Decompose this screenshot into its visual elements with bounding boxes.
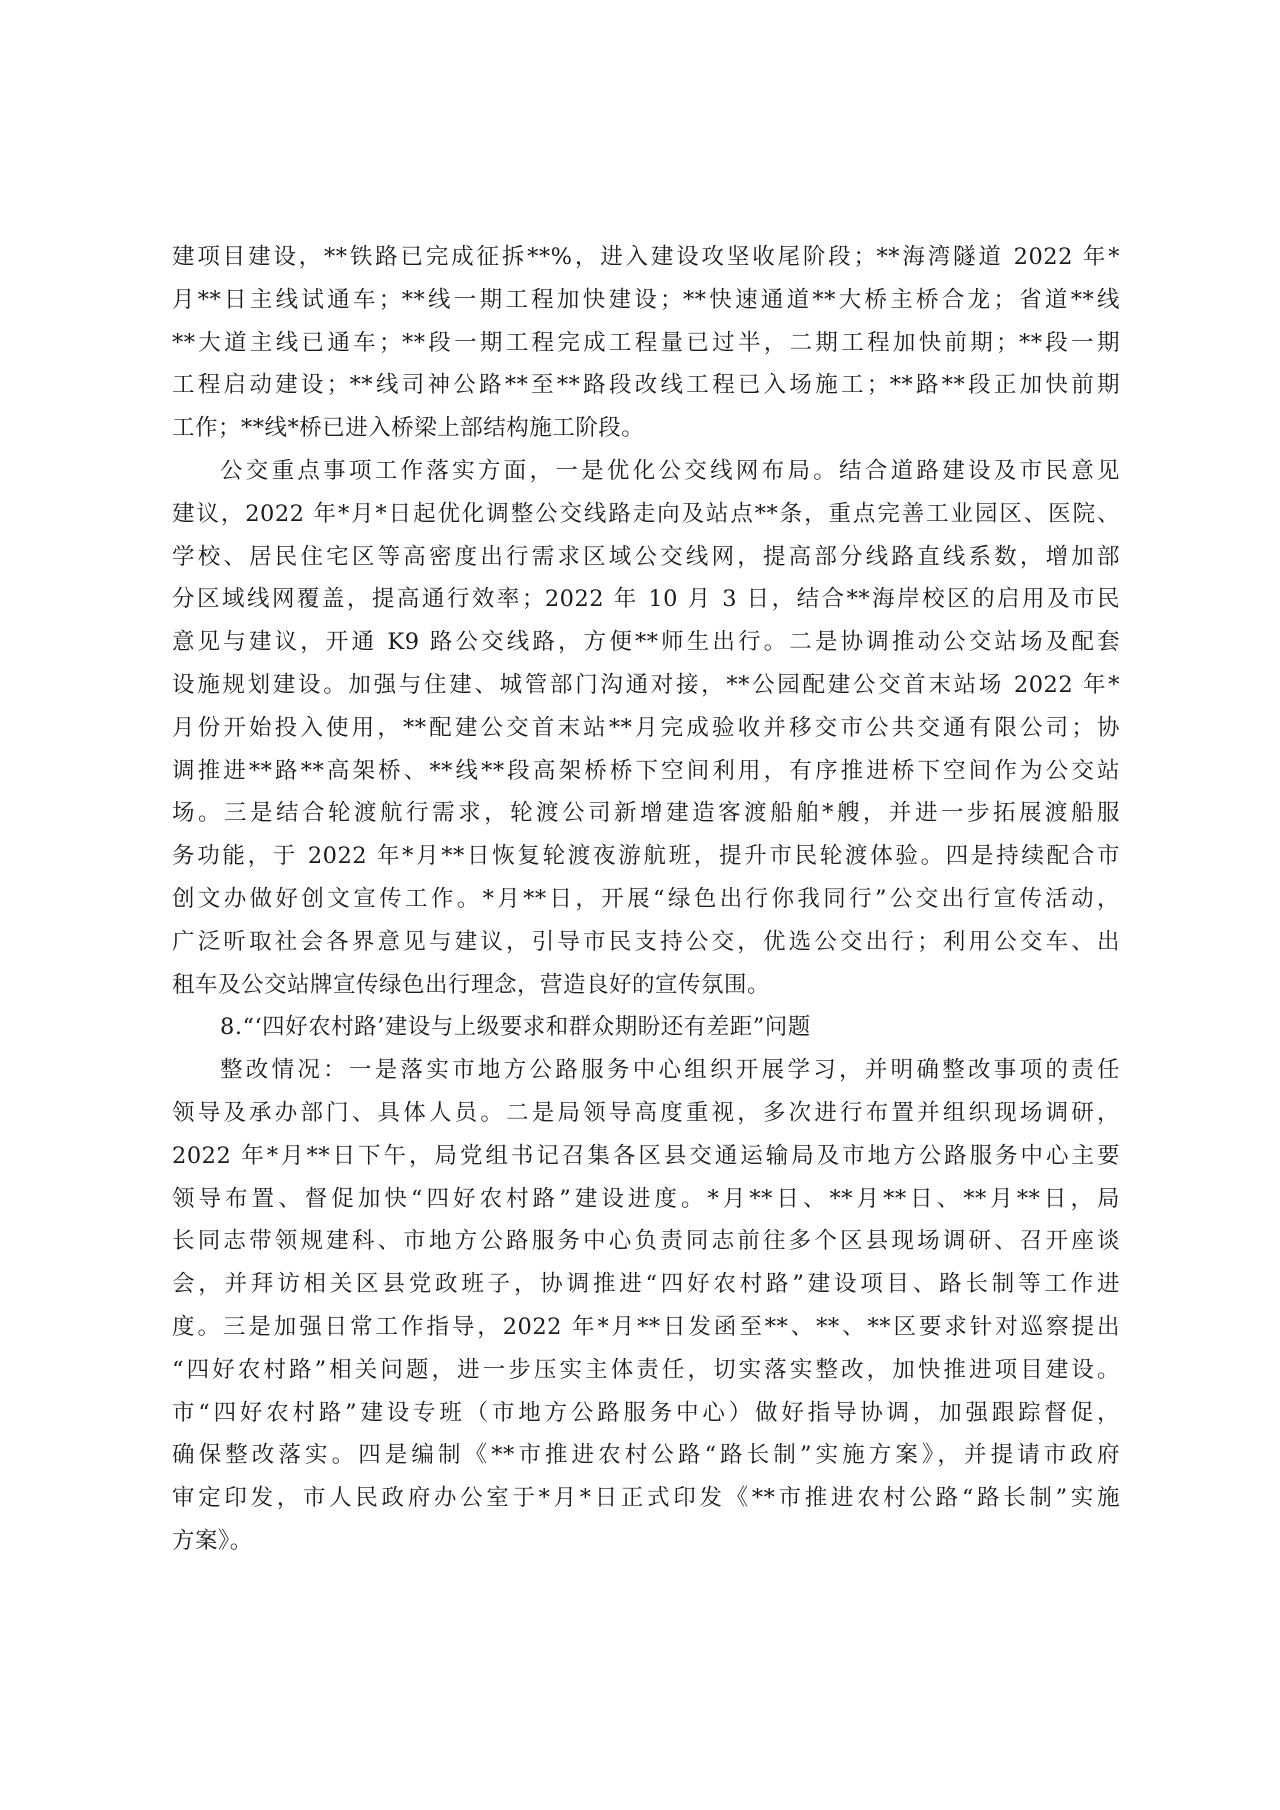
text-line: 创文办做好创文宣传工作。*月**日，开展“绿色出行你我同行”公交出行宣传活动，	[172, 878, 1120, 921]
text-line: 务功能，于 2022 年*月**日恢复轮渡夜游航班，提升市民轮渡体验。四是持续配…	[172, 835, 1120, 878]
text-line: 方案》。	[172, 1520, 1120, 1563]
text-line: 公交重点事项工作落实方面，一是优化公交线网布局。结合道路建设及市民意见	[172, 450, 1120, 493]
text-line: 确保整改落实。四是编制《**市推进农村公路“路长制”实施方案》，并提请市政府	[172, 1434, 1120, 1477]
text-line: 广泛听取社会各界意见与建议，引导市民支持公交，优选公交出行；利用公交车、出	[172, 921, 1120, 964]
text-line: 调推进**路**高架桥、**线**段高架桥桥下空间利用，有序推进桥下空间作为公交…	[172, 750, 1120, 793]
text-line: 会，并拜访相关区县党政班子，协调推进“四好农村路”建设项目、路长制等工作进	[172, 1263, 1120, 1306]
text-line: 长同志带领规建科、市地方公路服务中心负责同志前往多个区县现场调研、召开座谈	[172, 1220, 1120, 1263]
paragraph-rectification: 整改情况：一是落实市地方公路服务中心组织开展学习，并明确整改事项的责任 领导及承…	[172, 1049, 1122, 1563]
text-line: 意见与建议，开通 K9 路公交线路，方便**师生出行。二是协调推动公交站场及配套	[172, 621, 1120, 664]
text-line: 分区域线网覆盖，提高通行效率；2022 年 10 月 3 日，结合**海岸校区的…	[172, 578, 1120, 621]
paragraph-bus-items: 公交重点事项工作落实方面，一是优化公交线网布局。结合道路建设及市民意见 建议，2…	[172, 450, 1122, 1006]
heading-text: 8.“‘四好农村路’建设与上级要求和群众期盼还有差距”问题	[172, 1006, 1120, 1049]
text-line: “四好农村路”相关问题，进一步压实主体责任，切实落实整改，加快推进项目建设。	[172, 1349, 1120, 1392]
text-line: 月**日主线试通车；**线一期工程加快建设；**快速通道**大桥主桥合龙；省道*…	[172, 279, 1120, 322]
text-line: 建项目建设，**铁路已完成征拆**%，进入建设攻坚收尾阶段；**海湾隧道 202…	[172, 236, 1120, 279]
text-line: 整改情况：一是落实市地方公路服务中心组织开展学习，并明确整改事项的责任	[172, 1049, 1120, 1092]
text-line: 场。三是结合轮渡航行需求，轮渡公司新增建造客渡船舶*艘，并进一步拓展渡船服	[172, 792, 1120, 835]
text-line: 建议，2022 年*月*日起优化调整公交线路走向及站点**条，重点完善工业园区、…	[172, 493, 1120, 536]
text-line: 领导及承办部门、具体人员。二是局领导高度重视，多次进行布置并组织现场调研，	[172, 1092, 1120, 1135]
text-line: 度。三是加强日常工作指导，2022 年*月**日发函至**、**、**区要求针对…	[172, 1306, 1120, 1349]
text-line: 市“四好农村路”建设专班（市地方公路服务中心）做好指导协调，加强跟踪督促，	[172, 1392, 1120, 1435]
text-line: 月份开始投入使用，**配建公交首末站**月完成验收并移交市公共交通有限公司；协	[172, 707, 1120, 750]
text-line: 工作；**线*桥已进入桥梁上部结构施工阶段。	[172, 407, 1120, 450]
text-line: 学校、居民住宅区等高密度出行需求区域公交线网，提高部分线路直线系数，增加部	[172, 536, 1120, 579]
text-line: 设施规划建设。加强与住建、城管部门沟通对接，**公园配建公交首末站场 2022 …	[172, 664, 1120, 707]
text-line: 2022 年*月**日下午，局党组书记召集各区县交通运输局及市地方公路服务中心主…	[172, 1135, 1120, 1178]
document-body: 建项目建设，**铁路已完成征拆**%，进入建设攻坚收尾阶段；**海湾隧道 202…	[172, 236, 1122, 1563]
text-line: 工程启动建设；**线司神公路**至**路段改线工程已入场施工；**路**段正加快…	[172, 364, 1120, 407]
text-line: 审定印发，市人民政府办公室于*月*日正式印发《**市推进农村公路“路长制”实施	[172, 1477, 1120, 1520]
text-line: 租车及公交站牌宣传绿色出行理念，营造良好的宣传氛围。	[172, 964, 1120, 1007]
paragraph-project-construction: 建项目建设，**铁路已完成征拆**%，进入建设攻坚收尾阶段；**海湾隧道 202…	[172, 236, 1122, 450]
text-line: **大道主线已通车；**段一期工程完成工程量已过半，二期工程加快前期；**段一期	[172, 322, 1120, 365]
text-line: 领导布置、督促加快“四好农村路”建设进度。*月**日、**月**日、**月**日…	[172, 1178, 1120, 1221]
document-page: 建项目建设，**铁路已完成征拆**%，进入建设攻坚收尾阶段；**海湾隧道 202…	[0, 0, 1280, 1810]
section-heading-8: 8.“‘四好农村路’建设与上级要求和群众期盼还有差距”问题	[172, 1006, 1122, 1049]
